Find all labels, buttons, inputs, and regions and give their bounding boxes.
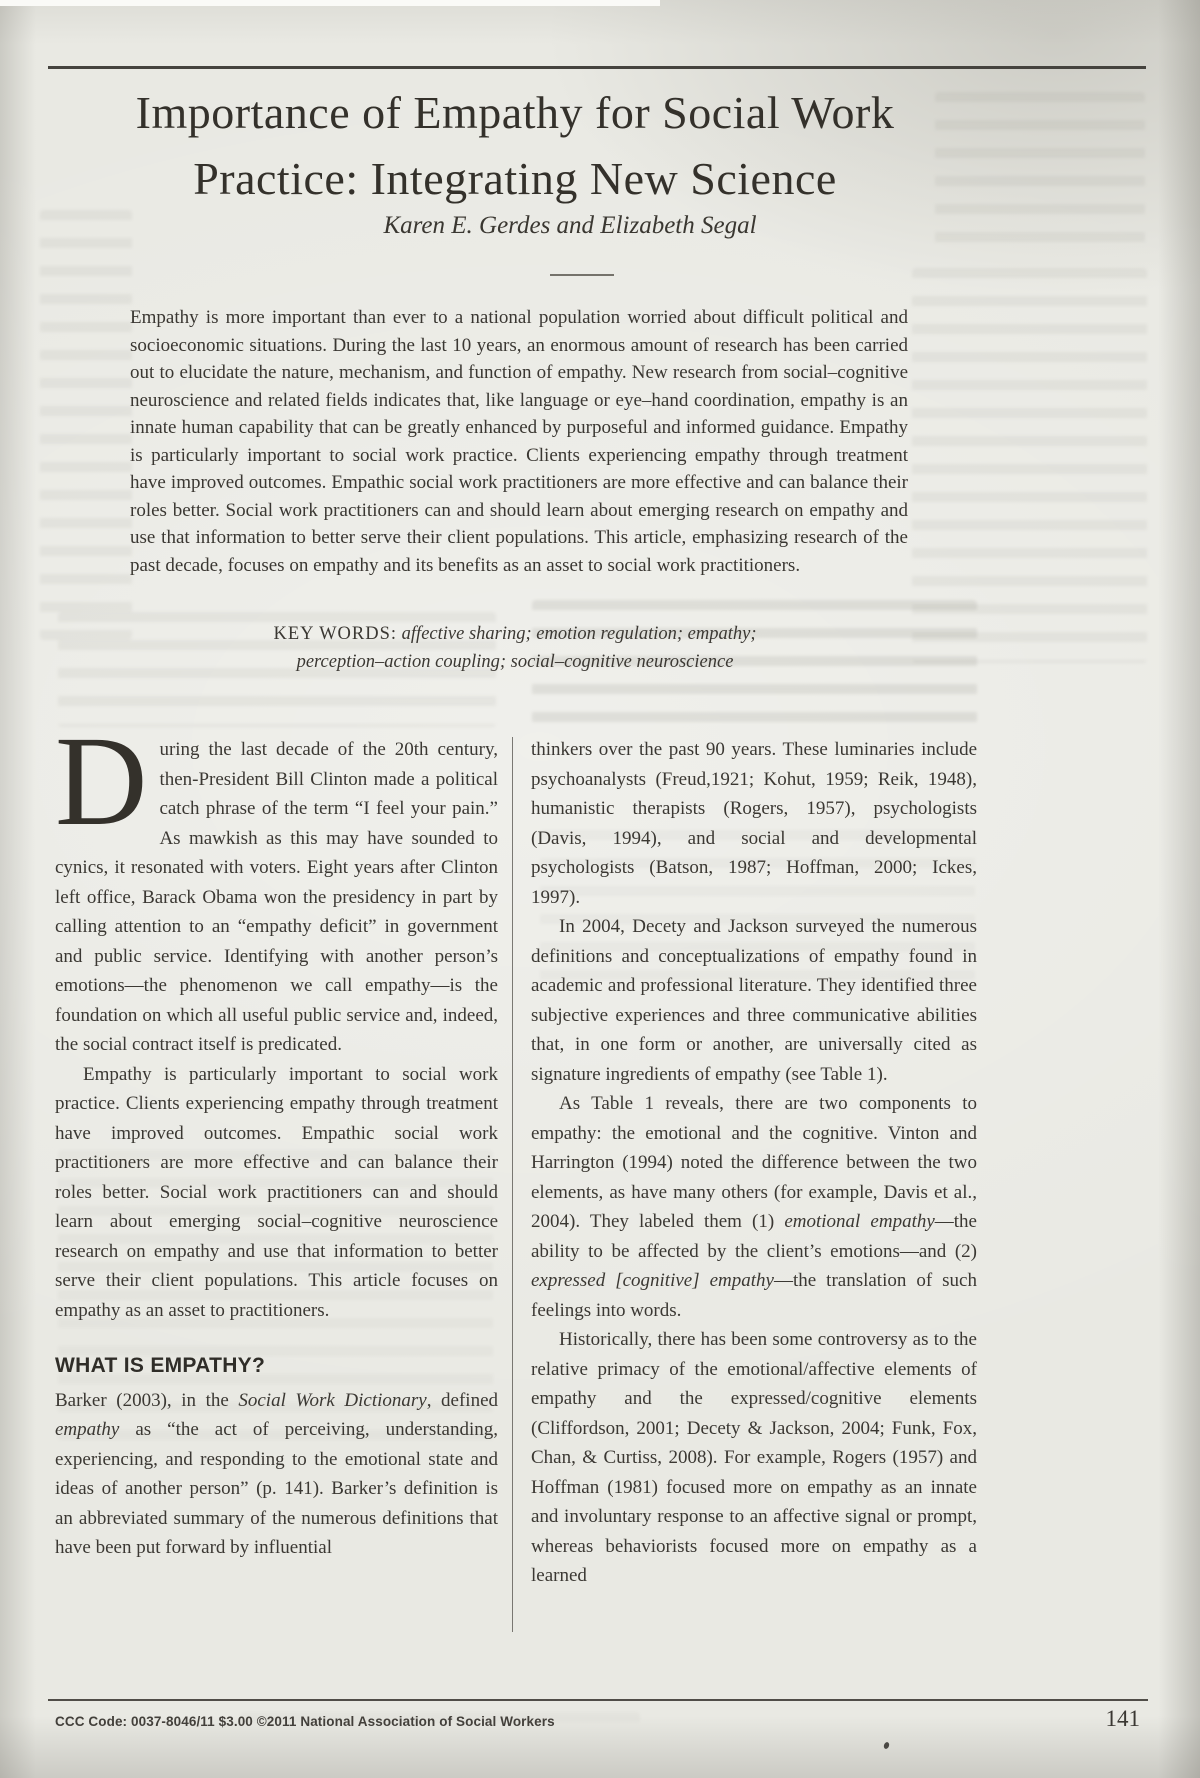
scan-speck <box>883 1741 890 1749</box>
keywords-block: KEY WORDS: affective sharing; emotion re… <box>55 620 975 676</box>
column-right: thinkers over the past 90 years. These l… <box>531 735 977 1591</box>
body-paragraph: During the last decade of the 20th centu… <box>55 735 498 1060</box>
bleedthrough-ghost <box>912 268 1147 663</box>
title-line-2: Practice: Integrating New Science <box>193 153 837 204</box>
body-paragraph: Empathy is particularly important to soc… <box>55 1060 498 1326</box>
article-authors: Karen E. Gerdes and Elizabeth Segal <box>120 212 1020 240</box>
paragraph-text: , defined <box>427 1390 498 1411</box>
italic-term: Social Work Dictionary <box>238 1390 426 1411</box>
page-number: 141 <box>1040 1706 1140 1732</box>
author-divider-rule <box>550 274 614 276</box>
scan-edge-strip <box>0 0 660 6</box>
article-title: Importance of Empathy for Social WorkPra… <box>55 80 975 212</box>
paragraph-text: Barker (2003), in the <box>55 1390 238 1411</box>
footer-rule <box>48 1699 1148 1701</box>
title-line-1: Importance of Empathy for Social Work <box>136 87 895 138</box>
footer-ccc-code: CCC Code: 0037-8046/11 $3.00 ©2011 Natio… <box>55 1714 755 1729</box>
body-paragraph: As Table 1 reveals, there are two compon… <box>531 1089 977 1325</box>
abstract-text: Empathy is more important than ever to a… <box>130 304 908 579</box>
italic-term: emotional empathy <box>784 1211 934 1232</box>
italic-term: expressed [cognitive] empathy <box>531 1270 774 1291</box>
top-rule <box>48 66 1146 69</box>
italic-term: empathy <box>55 1419 119 1440</box>
column-divider-rule <box>512 737 513 1632</box>
section-heading-what-is-empathy: WHAT IS EMPATHY? <box>55 1351 498 1381</box>
scanned-journal-page: Importance of Empathy for Social WorkPra… <box>0 0 1200 1778</box>
keywords-line-1: affective sharing; emotion regulation; e… <box>402 624 757 644</box>
body-paragraph: In 2004, Decety and Jackson surveyed the… <box>531 912 977 1089</box>
bleedthrough-ghost <box>40 210 132 640</box>
body-paragraph: thinkers over the past 90 years. These l… <box>531 735 977 912</box>
dropcap-letter: D <box>55 735 159 827</box>
keywords-line-2: perception–action coupling; social–cogni… <box>297 652 734 672</box>
body-paragraph: Barker (2003), in the Social Work Dictio… <box>55 1386 498 1563</box>
paragraph-text: as “the act of perceiving, understanding… <box>55 1419 498 1558</box>
keywords-label: KEY WORDS: <box>273 624 397 644</box>
body-paragraph: Historically, there has been some contro… <box>531 1325 977 1591</box>
column-left: During the last decade of the 20th centu… <box>55 735 498 1563</box>
